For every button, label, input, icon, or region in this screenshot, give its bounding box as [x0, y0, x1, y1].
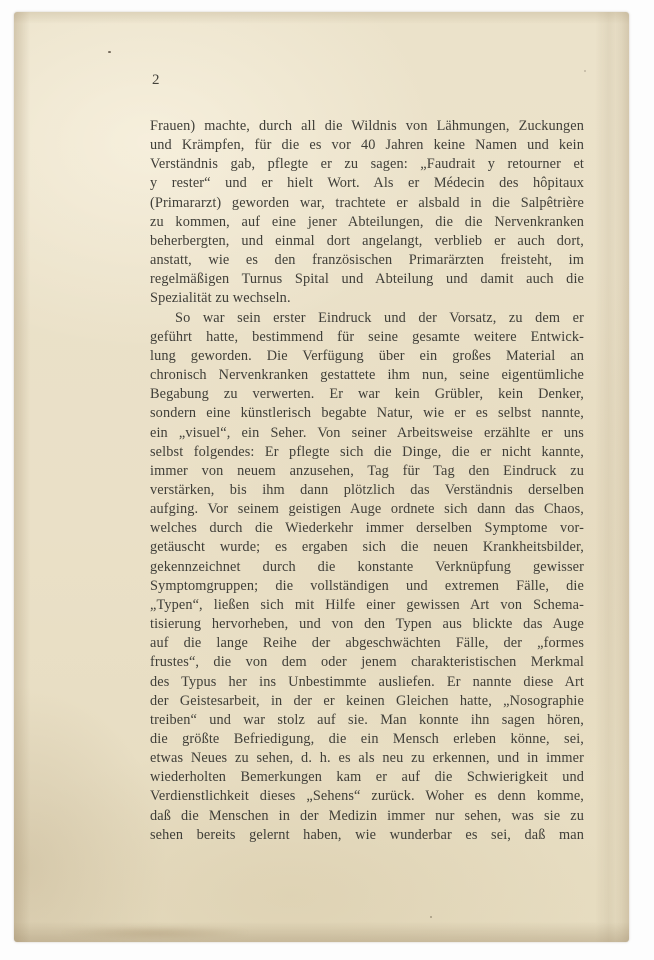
text-line: geführt hatte, bestimmend für seine gesa… — [150, 328, 584, 347]
paper-speck — [108, 51, 111, 53]
scan-background: 2 Frauen) machte, durch all die Wildnis … — [0, 0, 654, 960]
text-line: immer von neuem anzusehen, Tag für Tag d… — [150, 462, 584, 481]
text-line: etwas Neues zu sehen, d. h. es als neu z… — [150, 749, 584, 768]
book-page: 2 Frauen) machte, durch all die Wildnis … — [14, 12, 629, 942]
paper-smudge — [60, 926, 250, 940]
text-line: chronisch Nervenkranken gestattete ihm n… — [150, 366, 584, 385]
text-line: „Typen“, ließen sich mit Hilfe einer gew… — [150, 596, 584, 615]
text-line: lung geworden. Die Verfügung über ein gr… — [150, 347, 584, 366]
text-line: Frauen) machte, durch all die Wildnis vo… — [150, 117, 584, 136]
text-line: gekennzeichnet durch die konstante Verkn… — [150, 558, 584, 577]
text-line: Verständnis gab, pflegte er zu sagen: „F… — [150, 155, 584, 174]
text-line: sondern eine künstlerisch begabte Natur,… — [150, 404, 584, 423]
text-line: wiederholten Bemerkungen kam er auf die … — [150, 768, 584, 787]
text-block: Frauen) machte, durch all die Wildnis vo… — [150, 117, 584, 845]
text-line: Verdienstlichkeit dieses „Sehens“ zurück… — [150, 787, 584, 806]
text-line: auf die lange Reihe der abgeschwächten F… — [150, 634, 584, 653]
text-line: Spezialität zu wechseln. — [150, 289, 584, 308]
text-line: daß die Menschen in der Medizin immer nu… — [150, 807, 584, 826]
text-line: treiben“ und war stolz auf sie. Man konn… — [150, 711, 584, 730]
text-line: welches durch die Wiederkehr immer derse… — [150, 519, 584, 538]
text-line: (Primararzt) geworden war, trachtete er … — [150, 194, 584, 213]
text-line: tisierung hervorheben, und von den Typen… — [150, 615, 584, 634]
text-line: So war sein erster Eindruck und der Vors… — [150, 309, 584, 328]
text-line: des Typus her ins Unbestimmte ausliefen.… — [150, 673, 584, 692]
text-line: sehen bereits gelernt haben, wie wunderb… — [150, 826, 584, 845]
page-number: 2 — [152, 72, 160, 89]
text-line: ein „visuel“, ein Seher. Von seiner Arbe… — [150, 424, 584, 443]
text-line: selbst folgendes: Er pflegte sich die Di… — [150, 443, 584, 462]
text-line: frustes“, die von dem oder jenem charakt… — [150, 653, 584, 672]
text-line: y rester“ und er hielt Wort. Als er Méde… — [150, 174, 584, 193]
text-line: Symptomgruppen; die vollständigen und ex… — [150, 577, 584, 596]
paper-speck — [430, 916, 432, 918]
paper-edge-stain — [14, 880, 54, 942]
text-line: Begabung zu verwerten. Er war kein Grübl… — [150, 385, 584, 404]
text-line: getäuscht wurde; es ergaben sich die neu… — [150, 538, 584, 557]
text-line: regelmäßigen Turnus Spital und Abteilung… — [150, 270, 584, 289]
paper-speck — [584, 70, 586, 72]
text-line: zu kommen, auf eine jener Abteilungen, d… — [150, 213, 584, 232]
text-line: aufging. Vor seinem geistigen Auge ordne… — [150, 500, 584, 519]
text-line: der Geistesarbeit, in der er keinen Glei… — [150, 692, 584, 711]
text-line: verstärken, bis ihm dann plötzlich das V… — [150, 481, 584, 500]
text-line: und Krämpfen, für die es vor 40 Jahren k… — [150, 136, 584, 155]
text-line: anstatt, wie es den französischen Primar… — [150, 251, 584, 270]
text-line: beherbergten, und einmal dort angelangt,… — [150, 232, 584, 251]
text-line: die größte Befriedigung, die ein Mensch … — [150, 730, 584, 749]
